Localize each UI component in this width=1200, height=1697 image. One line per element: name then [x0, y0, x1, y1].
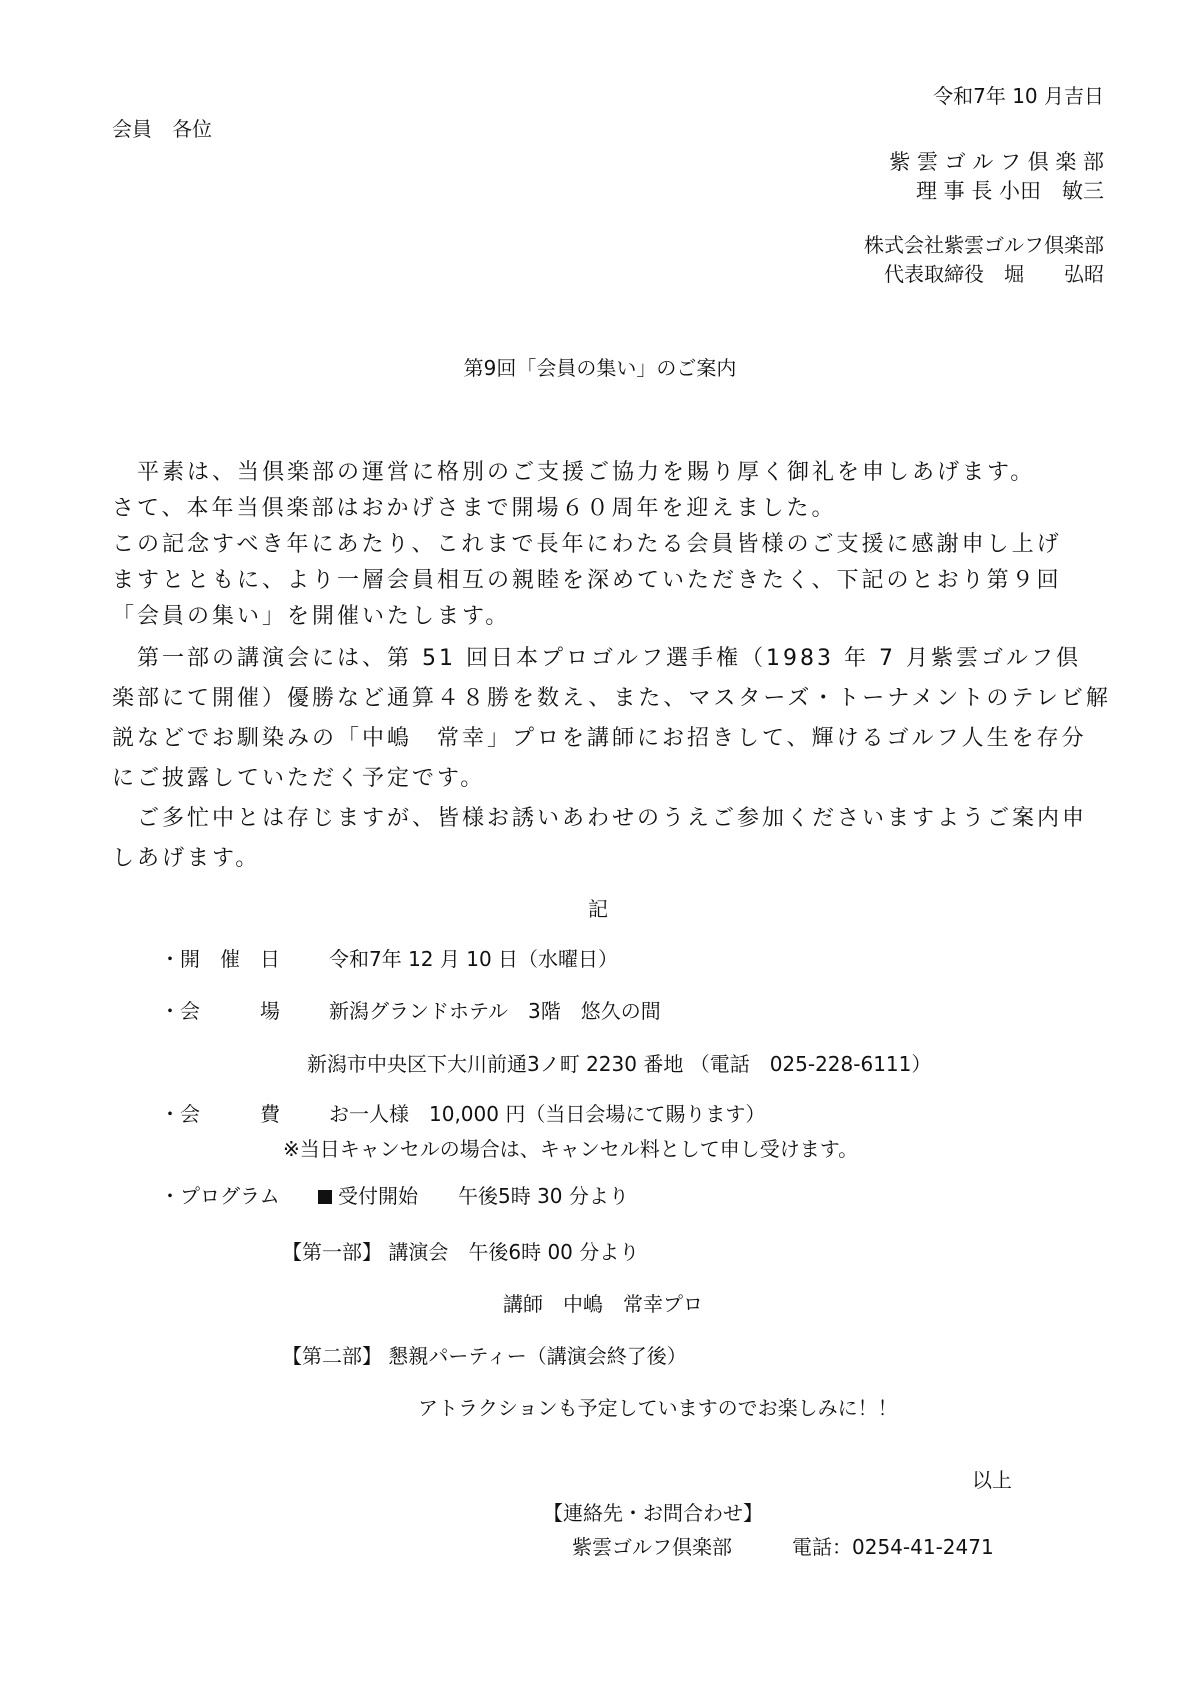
body-line: ご多忙中とは存じますが、皆様お誘いあわせのうえご参加くださいますようご案内申 — [112, 801, 1088, 832]
fee-label: ・会 費 — [160, 1098, 280, 1127]
contact-phone: 電話：0254-41-2471 — [792, 1531, 994, 1560]
venue-label: ・会 場 — [160, 995, 280, 1024]
program-part1: 【第一部】 講演会 午後6時 00 分より — [282, 1236, 639, 1265]
program-label: ・プログラム — [160, 1180, 280, 1209]
program-reception: 受付開始 午後5時 30 分より — [318, 1180, 629, 1209]
body-line: さて、本年当倶楽部はおかげさまで開場６０周年を迎えました。 — [112, 491, 1088, 522]
addressee: 会員 各位 — [112, 113, 212, 142]
closing-ijo: 以上 — [972, 1464, 1012, 1493]
body-line: 第一部の講演会には、第 51 回日本プロゴルフ選手権（1983 年 7 月紫雲ゴ… — [112, 641, 1088, 672]
company-name: 株式会社紫雲ゴルフ倶楽部 — [864, 229, 1104, 258]
body-line: ますとともに、より一層会員相互の親睦を深めていただきたく、下記のとおり第９回 — [112, 563, 1088, 594]
contact-org: 紫雲ゴルフ倶楽部 — [572, 1531, 732, 1560]
black-square-icon — [318, 1190, 332, 1204]
sender-title-name: 理 事 長 小田 敏三 — [916, 175, 1104, 205]
date-label: ・開 催 日 — [160, 943, 280, 972]
fee-note: ※当日キャンセルの場合は、キャンセル料として申し受けます。 — [283, 1133, 858, 1162]
body-line: 楽部にて開催）優勝など通算４８勝を数え、また、マスターズ・トーナメントのテレビ解 — [112, 681, 1088, 712]
body-line: にご披露していただく予定です。 — [112, 761, 1088, 792]
body-line: 「会員の集い」を開催いたします。 — [112, 599, 1088, 630]
representative: 代表取締役 堀 弘昭 — [884, 258, 1104, 287]
page-title: 第9回「会員の集い」のご案内 — [0, 352, 1200, 381]
date-value: 令和7年 12 月 10 日（水曜日） — [329, 943, 618, 972]
program-part2: 【第二部】 懇親パーティー（講演会終了後） — [282, 1340, 687, 1369]
venue-value: 新潟グランドホテル 3階 悠久の間 — [329, 995, 661, 1024]
venue-address: 新潟市中央区下大川前通3ノ町 2230 番地 （電話 025-228-6111） — [307, 1048, 931, 1077]
contact-heading: 【連絡先・お問合わせ】 — [543, 1497, 763, 1526]
program-part1-speaker: 講師 中嶋 常幸プロ — [503, 1288, 703, 1317]
body-line: この記念すべき年にあたり、これまで長年にわたる会員皆様のご支援に感謝申し上げ — [112, 527, 1088, 558]
sender-org: 紫 雲 ゴ ル フ 倶 楽 部 — [889, 146, 1104, 176]
fee-value: お一人様 10,000 円（当日会場にて賜ります） — [329, 1098, 765, 1127]
body-line: 平素は、当倶楽部の運営に格別のご支援ご協力を賜り厚く御礼を申しあげます。 — [112, 455, 1088, 486]
program-part2-note: アトラクションも予定していますのでお楽しみに！！ — [418, 1392, 898, 1421]
ki-heading: 記 — [588, 893, 608, 922]
body-line: しあげます。 — [112, 841, 1088, 872]
reception-text: 受付開始 午後5時 30 分より — [338, 1184, 629, 1208]
document-date: 令和7年 10 月吉日 — [933, 80, 1104, 109]
body-line: 説などでお馴染みの「中嶋 常幸」プロを講師にお招きして、輝けるゴルフ人生を存分 — [112, 721, 1088, 752]
